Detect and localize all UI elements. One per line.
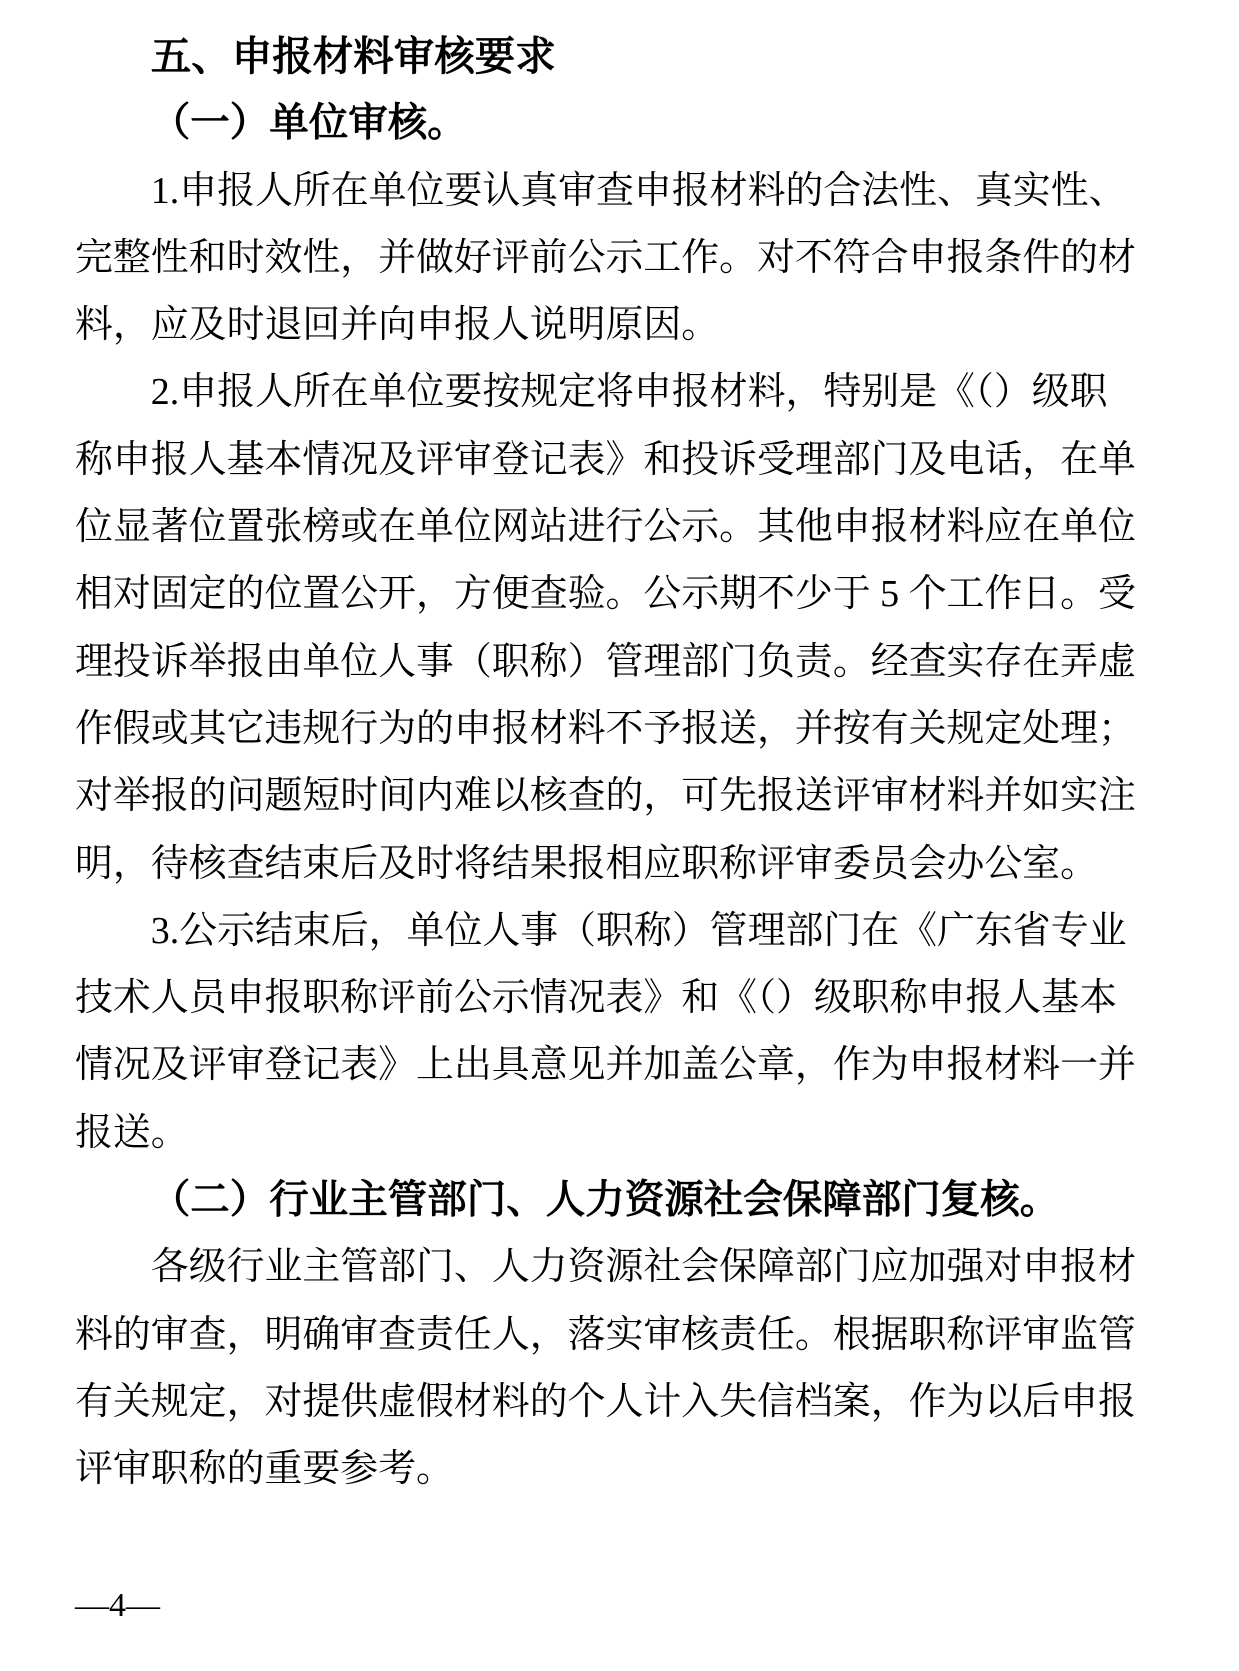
subsection-heading: （一）单位审核。 (75, 90, 1137, 157)
paragraph-line: 料，应及时退回并向申报人说明原因。 (75, 292, 1137, 359)
paragraph-line: 技术人员申报职称评前公示情况表》和《（）级职称申报人基本 (75, 965, 1137, 1032)
paragraph-line: 有关规定，对提供虚假材料的个人计入失信档案，作为以后申报 (75, 1369, 1137, 1436)
paragraph-line: 情况及评审登记表》上出具意见并加盖公章，作为申报材料一并 (75, 1032, 1137, 1099)
document-page: 五、申报材料审核要求 （一）单位审核。 1.申报人所在单位要认真审查申报材料的合… (0, 0, 1239, 1671)
paragraph-line: 报送。 (75, 1100, 1137, 1167)
paragraph-line: 料的审查，明确审查责任人，落实审核责任。根据职称评审监管 (75, 1302, 1137, 1369)
paragraph-line: 评审职称的重要参考。 (75, 1436, 1137, 1503)
paragraph-line: 明，待核查结束后及时将结果报相应职称评审委员会办公室。 (75, 831, 1137, 898)
document-body: 五、申报材料审核要求 （一）单位审核。 1.申报人所在单位要认真审查申报材料的合… (75, 23, 1137, 1504)
paragraph-line: 作假或其它违规行为的申报材料不予报送，并按有关规定处理； (75, 696, 1137, 763)
paragraph-line: 对举报的问题短时间内难以核查的，可先报送评审材料并如实注 (75, 763, 1137, 830)
paragraph-line: 完整性和时效性，并做好评前公示工作。对不符合申报条件的材 (75, 225, 1137, 292)
section-heading: 五、申报材料审核要求 (75, 23, 1137, 90)
paragraph-line: 位显著位置张榜或在单位网站进行公示。其他申报材料应在单位 (75, 494, 1137, 561)
paragraph-line: 1.申报人所在单位要认真审查申报材料的合法性、真实性、 (75, 158, 1137, 225)
paragraph-line: 2.申报人所在单位要按规定将申报材料，特别是《（）级职 (75, 359, 1137, 426)
paragraph-line: 相对固定的位置公开，方便查验。公示期不少于 5 个工作日。受 (75, 561, 1137, 628)
paragraph-line: 理投诉举报由单位人事（职称）管理部门负责。经查实存在弄虚 (75, 629, 1137, 696)
subsection-heading: （二）行业主管部门、人力资源社会保障部门复核。 (75, 1167, 1137, 1234)
page-number: —4— (75, 1586, 160, 1626)
paragraph-line: 称申报人基本情况及评审登记表》和投诉受理部门及电话，在单 (75, 427, 1137, 494)
paragraph-line: 各级行业主管部门、人力资源社会保障部门应加强对申报材 (75, 1234, 1137, 1301)
paragraph-line: 3.公示结束后，单位人事（职称）管理部门在《广东省专业 (75, 898, 1137, 965)
